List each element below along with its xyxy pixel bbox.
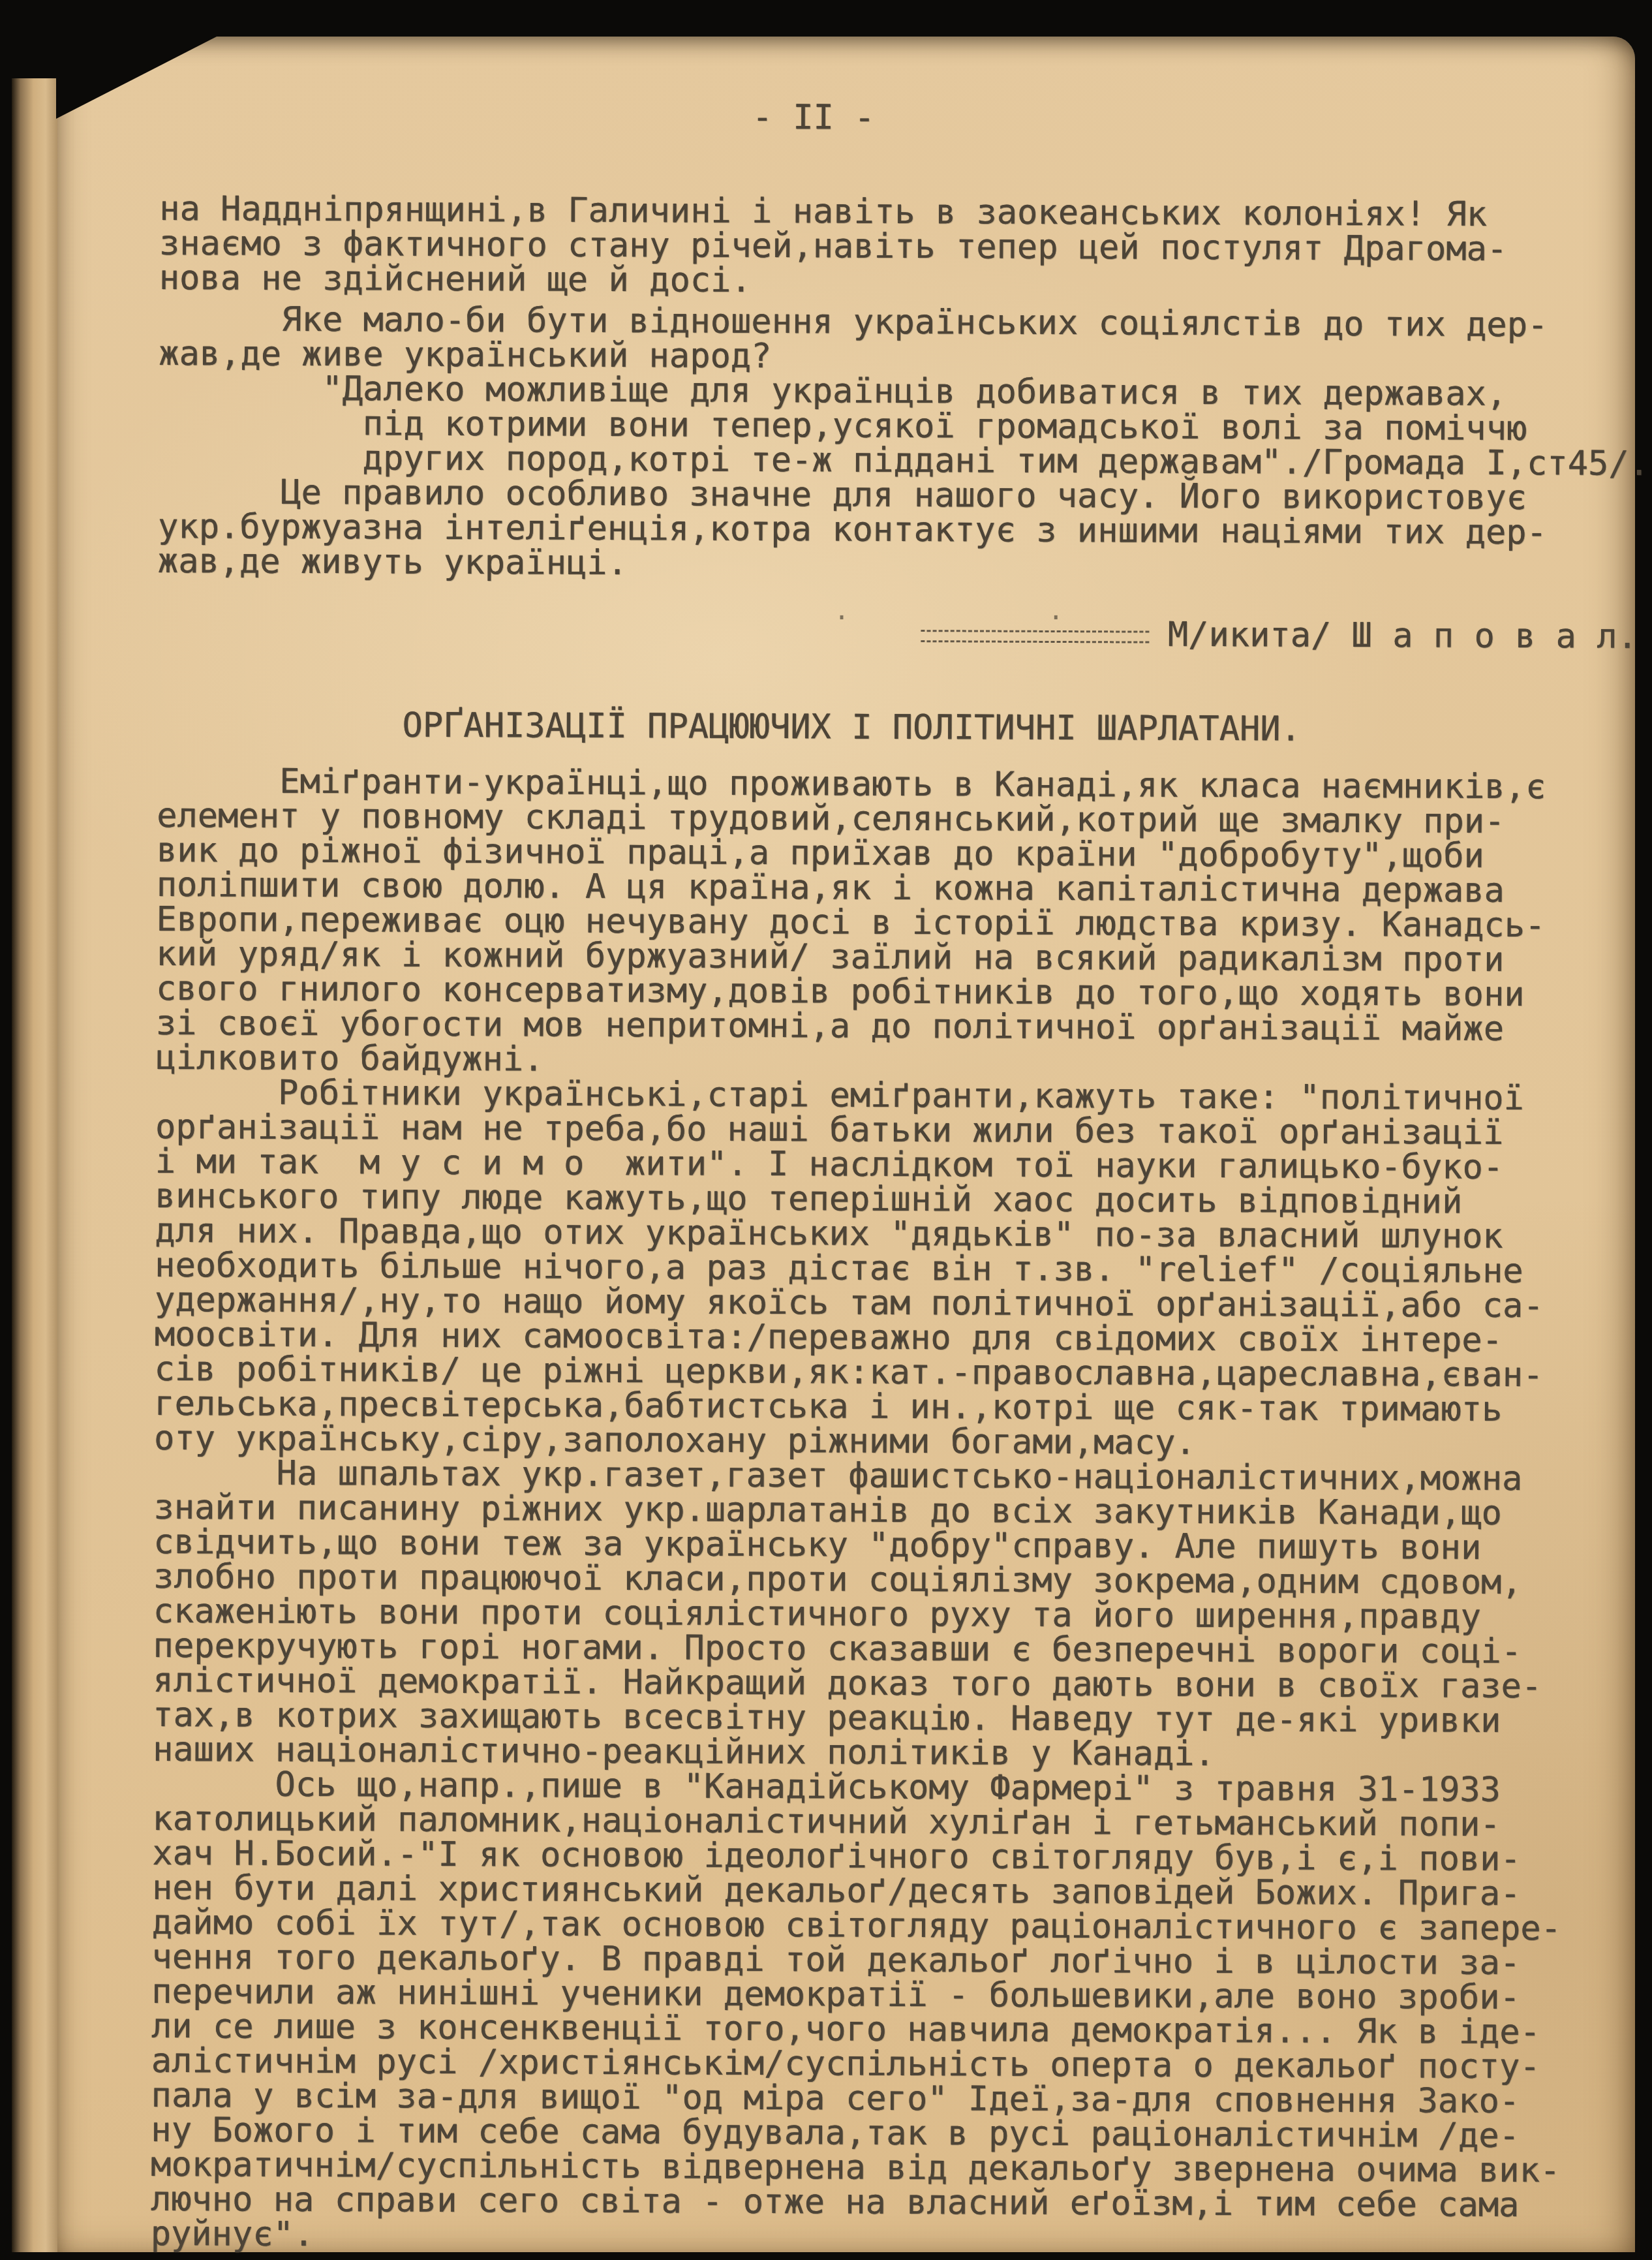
page-number: - II - xyxy=(160,98,1612,139)
document-page: - II - на Наддніпрянщині,в Галичині і на… xyxy=(57,37,1635,2252)
paragraph-intro-continuation: на Наддніпрянщині,в Галичині і навіть в … xyxy=(159,192,1612,302)
text-line: лючно на справи сего світа - отже на вла… xyxy=(151,2182,1602,2223)
block-quote: "Далеко можливіще для українців добивати… xyxy=(158,371,1610,482)
typewritten-text: - II - на Наддніпрянщині,в Галичині і на… xyxy=(151,98,1612,2252)
paragraph-bosyj-quote: Ось що,напр.,пише в "Канадійському Фарме… xyxy=(151,1767,1604,2252)
paragraph-press: На шпальтах укр.газет,газет фашистсько-н… xyxy=(153,1456,1606,1774)
scanned-book-background: - II - на Наддніпрянщині,в Галичині і на… xyxy=(0,0,1652,2252)
article-heading: ОРҐАНІЗАЦІЇ ПРАЦЮЮЧИХ І ПОЛІТИЧНІ ШАРЛАТ… xyxy=(157,707,1609,749)
signature-line: М/икита/ Ш а п о в а л. xyxy=(157,579,1610,689)
paragraph-rule: Це правило особливо значне для нашого ча… xyxy=(158,475,1610,585)
paragraph-workers: Робітники українські,старі еміґранти,каж… xyxy=(154,1076,1608,1463)
paragraph-emigrants: Еміґранти-українці,що проживають в Канад… xyxy=(155,764,1608,1082)
spacer xyxy=(159,132,1611,198)
book-page-edge xyxy=(12,78,60,2252)
paragraph-question: Яке мало-би бути відношення українських … xyxy=(159,302,1610,378)
stray-ink-marks: · · xyxy=(834,603,1155,633)
signature-text: М/икита/ Ш а п о в а л. xyxy=(1168,615,1638,657)
